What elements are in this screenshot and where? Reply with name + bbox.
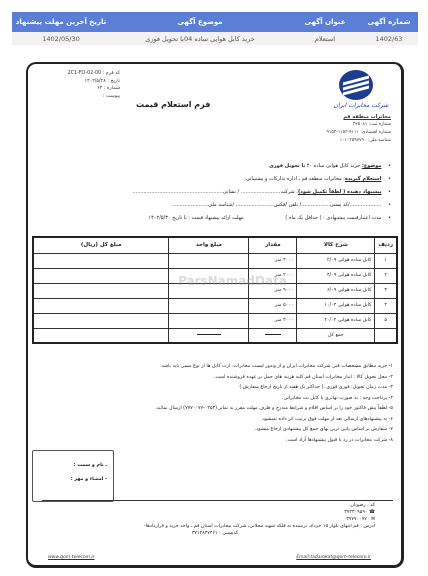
form-meta: کد فرم : 2C1-FO-02-00 تاریخ : ۱۴۰۲/۵/۲۸ … xyxy=(40,70,120,100)
items-table: ردیف شرح کالا مقدار مبلغ واحد مبلغ کل (ر… xyxy=(32,236,398,344)
total-unit-dash xyxy=(169,328,249,343)
row-description: کابل ساده هوایی ۲۰/۰۴ xyxy=(297,313,375,328)
row-total xyxy=(33,253,169,268)
row-quantity: ۴۰۰۰ متر xyxy=(249,253,297,268)
term-item: ۶- به پیشنهادهای ارسالی بعد از مهلت فوق … xyxy=(31,415,393,426)
subject-text: خرید کابل هوایی ساده ۴۰ xyxy=(305,163,362,169)
row-total xyxy=(33,268,169,283)
contact-info: کد ، رضویان ☎ ۳۷۲۳۰۹۵۹۰ ✉ ۳۷۷۷۰۰۷۷۰ آدرس… xyxy=(55,502,375,537)
validity-line: مدت اعتبارقیمت پیشنهادی : ( حداقل یک ماه… xyxy=(35,212,391,225)
row-unit-price xyxy=(169,298,249,313)
requester-label: استعلام گیرنده xyxy=(345,176,381,182)
row-total xyxy=(33,313,169,328)
contact-phone: ☎ ۳۷۲۳۰۹۵۹۰ xyxy=(55,509,375,516)
row-description: کابل ساده هوایی ۶/۰۹ xyxy=(297,283,375,298)
website-link[interactable]: www.qom-telecom.ir xyxy=(48,555,95,560)
ad-summary-table: شماره آگهی عنوان آگهی موضوع آگهی تاریخ آ… xyxy=(12,12,418,45)
footer-links: www.qom-telecom.ir Email:tadarokat@qom-t… xyxy=(48,555,371,560)
form-title: فرم استعلام قیمت xyxy=(136,100,210,109)
row-index: ۵ xyxy=(375,313,397,328)
col-total: مبلغ کل (ریال) xyxy=(33,237,169,253)
validity-text: مدت اعتبارقیمت پیشنهادی : ( حداقل یک ماه… xyxy=(285,215,381,221)
bidder-contact-line: ..................../کد پستی............… xyxy=(35,199,391,212)
grand-total xyxy=(33,328,169,343)
contact-postal-code: کدپستی : ۳۷۱۴۸۴۷۴۶۱ xyxy=(55,530,375,537)
company-header: شرکت مخابرات ایران مخابرات منطقه قم شمار… xyxy=(301,68,391,145)
term-item: ۷- سفارش بر اساس پایین ترین بهای جمع کل … xyxy=(31,425,393,436)
logo-caption: شرکت مخابرات ایران xyxy=(331,102,391,110)
ad-number: 1402/63 xyxy=(360,35,418,43)
summary-header-row: شماره آگهی عنوان آگهی موضوع آگهی تاریخ آ… xyxy=(12,12,418,32)
row-total xyxy=(33,298,169,313)
table-row: ۱ کابل ساده هوایی ۲/۰۹ ۴۰۰۰ متر xyxy=(33,253,397,268)
table-row: ۲ کابل ساده هوایی ۴/۰۹ ۲۰۰۰ متر xyxy=(33,268,397,283)
row-index: ۲ xyxy=(375,268,397,283)
total-label: جمع کل xyxy=(297,328,375,343)
row-description: کابل ساده هوایی ۱۰/۰۴ xyxy=(297,298,375,313)
row-index: ۱ xyxy=(375,253,397,268)
telecom-logo-icon xyxy=(339,70,373,100)
total-qty-dash xyxy=(249,328,297,343)
row-index: ۴ xyxy=(375,298,397,313)
row-description: کابل ساده هوایی ۴/۰۹ xyxy=(297,268,375,283)
requester-line: استعلام گیرنده: مخابرات منطقه قم ـ اداره… xyxy=(35,173,391,186)
term-item: ۲- محل تحویل کالا : انبار مخابرات استان … xyxy=(31,373,393,384)
subject-line: موضوع: خرید کابل هوایی ساده ۴۰ با تحویل … xyxy=(35,160,391,173)
header-ad-number: شماره آگهی xyxy=(360,18,418,26)
form-attachment: پیوست : xyxy=(40,93,120,101)
items-header-row: ردیف شرح کالا مقدار مبلغ واحد مبلغ کل (ر… xyxy=(33,237,397,253)
divider xyxy=(42,500,393,501)
row-quantity: ۲۰۰۰ متر xyxy=(249,268,297,283)
row-total xyxy=(33,283,169,298)
name-title-label: ـ نام و سمت : xyxy=(39,459,107,473)
signature-box: ـ نام و سمت : - امضاء و مهر : xyxy=(32,450,114,502)
term-item: ۳- مدت زمان تحویل: فوری فوری .( حداکثر ی… xyxy=(31,383,393,394)
form-code: کد فرم : 2C1-FO-02-00 xyxy=(40,70,120,78)
total-row-index xyxy=(375,328,397,343)
form-details: موضوع: خرید کابل هوایی ساده ۴۰ با تحویل … xyxy=(35,160,391,225)
term-item: ۴- پرداخت وجه : به صورت تهاتری با کابل ن… xyxy=(31,394,393,405)
email-link[interactable]: Email:tadarokat@qom-telecom.ir xyxy=(296,555,371,560)
ad-subject: خرید کابل هوایی ساده 04با تحویل فوری xyxy=(110,35,290,43)
total-row: جمع کل xyxy=(33,328,397,343)
bidder-line: پیشنهاد دهنده ( لطفاً تکمیل شود): شرکت..… xyxy=(35,186,391,199)
economic-number: شماره اقتصادی: ۴۱۱۱-۱۱۵۳-۹۱۵۳ xyxy=(301,129,391,137)
term-item: ۵- لطفاً پیش فاکتور خود را بر اساس اقلام… xyxy=(31,404,393,415)
term-item: ۱- خرید مطابق مشخصات فنی شرکت مخابرات ای… xyxy=(31,362,393,373)
national-id: شناسه ملی: ۱۰۱۰۳۵۹۷۷۹۰ xyxy=(301,137,391,145)
col-description: شرح کالا xyxy=(297,237,375,253)
table-row: ۵ کابل ساده هوایی ۲۰/۰۴ ۳۰۰۰ متر xyxy=(33,313,397,328)
registration-number: شماره ثبت: ۳۲۵۰۸۱ xyxy=(301,121,391,129)
row-unit-price xyxy=(169,313,249,328)
terms-list: ۱- خرید مطابق مشخصات فنی شرکت مخابرات ای… xyxy=(31,362,393,446)
row-description: کابل ساده هوایی ۲/۰۹ xyxy=(297,253,375,268)
contact-fax: ✉ ۳۷۷۷۰۰۷۷۰ xyxy=(55,516,375,523)
contact-person: کد ، رضویان xyxy=(55,502,375,509)
subject-bold: با تحویل فوری xyxy=(269,163,305,169)
row-quantity: ۹۰۰۰ متر xyxy=(249,283,297,298)
form-number: شماره : ۶۳ xyxy=(40,85,120,93)
table-row: ۳ کابل ساده هوایی ۶/۰۹ ۹۰۰۰ متر xyxy=(33,283,397,298)
col-quantity: مقدار xyxy=(249,237,297,253)
contact-address: آدرس : قم انتهای بلوار ۱۵ خرداد، نرسیده … xyxy=(55,523,375,530)
col-index: ردیف xyxy=(375,237,397,253)
bidder-text: : شرکت......................... / نشانی.… xyxy=(132,189,298,195)
row-index: ۳ xyxy=(375,283,397,298)
row-quantity: ۵۰۰۰ متر xyxy=(249,298,297,313)
office-name: مخابرات منطقه قم xyxy=(301,113,391,121)
bidder-contact-text: ..................../کد پستی............… xyxy=(172,202,382,208)
summary-data-row[interactable]: 1402/63 استعلام خرید کابل هوایی ساده 04ب… xyxy=(12,32,418,45)
ad-deadline: 1402/05/30 xyxy=(12,35,110,43)
signature-stamp-label: - امضاء و مهر : xyxy=(39,473,107,487)
row-quantity: ۳۰۰۰ متر xyxy=(249,313,297,328)
form-date: تاریخ : ۱۴۰۲/۵/۲۸ xyxy=(40,78,120,86)
header-ad-subject: موضوع آگهی xyxy=(110,18,290,26)
row-unit-price xyxy=(169,283,249,298)
term-item: ۸- شرکت مخابرات در رد یا قبول پیشنهادها … xyxy=(31,436,393,447)
deadline-text: مهلت ارائه پیشنهاد قیمت : تا تاریخ ۱۴۰۲/… xyxy=(148,215,243,221)
header-ad-title: عنوان آگهی xyxy=(290,18,360,26)
row-unit-price xyxy=(169,253,249,268)
bidder-label: پیشنهاد دهنده ( لطفاً تکمیل شود) xyxy=(298,189,381,195)
requester-text: : مخابرات منطقه قم ـ اداره تدارکات و پشت… xyxy=(246,176,345,182)
ad-title: استعلام xyxy=(290,35,360,43)
inquiry-form-document: شرکت مخابرات ایران مخابرات منطقه قم شمار… xyxy=(26,62,404,568)
header-deadline: تاریخ آخرین مهلت پیشنهاد xyxy=(12,18,110,26)
subject-label: موضوع: xyxy=(362,163,382,169)
row-unit-price xyxy=(169,268,249,283)
table-row: ۴ کابل ساده هوایی ۱۰/۰۴ ۵۰۰۰ متر xyxy=(33,298,397,313)
col-unit-price: مبلغ واحد xyxy=(169,237,249,253)
